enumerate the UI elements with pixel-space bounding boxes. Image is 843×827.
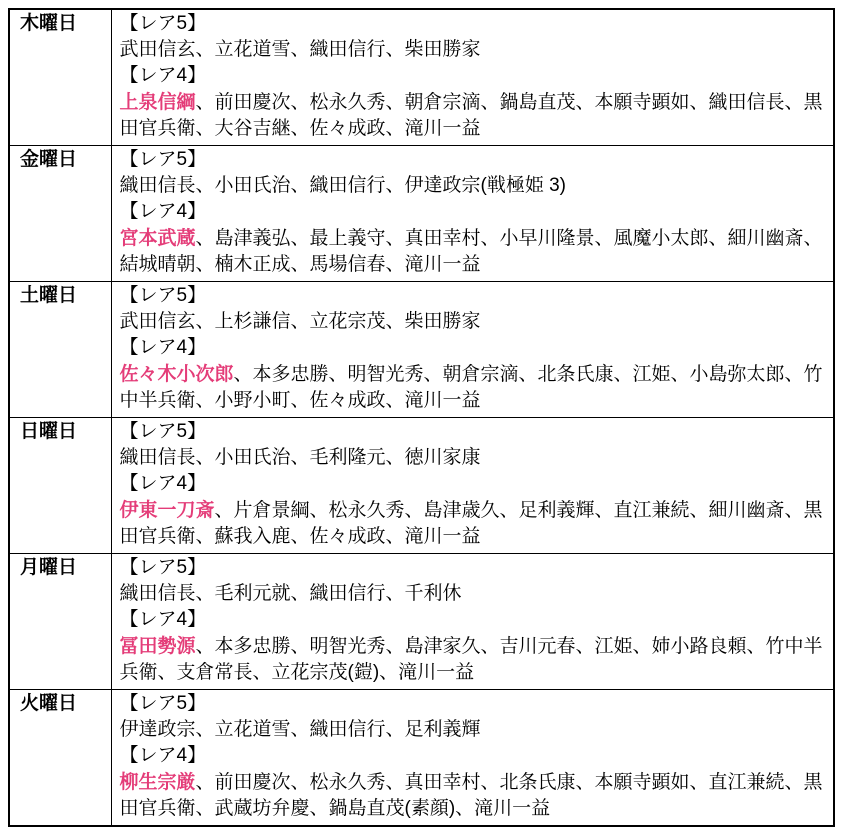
day-label: 月曜日 <box>9 554 111 690</box>
day-label: 金曜日 <box>9 146 111 282</box>
rare4-names: 宮本武蔵、島津義弘、最上義守、真田幸村、小早川隆景、風魔小太郎、細川幽斎、結城晴… <box>120 226 828 278</box>
rare4-other-names: 、島津義弘、最上義守、真田幸村、小早川隆景、風魔小太郎、細川幽斎、結城晴朝、楠木… <box>120 228 823 275</box>
rare4-names: 柳生宗厳、前田慶次、松永久秀、真田幸村、北条氏康、本願寺顕如、直江兼続、黒田官兵… <box>120 770 828 822</box>
day-label: 木曜日 <box>9 9 111 146</box>
rare5-names: 武田信玄、立花道雪、織田信行、柴田勝家 <box>120 37 828 63</box>
rare5-header: 【レア5】 <box>120 283 828 309</box>
rare5-names: 伊達政宗、立花道雪、織田信行、足利義輝 <box>120 717 828 743</box>
table-row: 火曜日 【レア5】 伊達政宗、立花道雪、織田信行、足利義輝 【レア4】 柳生宗厳… <box>9 690 834 827</box>
rare4-header: 【レア4】 <box>120 743 828 769</box>
rare4-header: 【レア4】 <box>120 63 828 89</box>
rare5-header: 【レア5】 <box>120 11 828 37</box>
table-row: 金曜日 【レア5】 織田信長、小田氏治、織田信行、伊達政宗(戦極姫 3) 【レア… <box>9 146 834 282</box>
rare4-header: 【レア4】 <box>120 335 828 361</box>
day-label: 日曜日 <box>9 418 111 554</box>
rare4-header: 【レア4】 <box>120 607 828 633</box>
day-label: 火曜日 <box>9 690 111 827</box>
rare4-names: 上泉信綱、前田慶次、松永久秀、朝倉宗滴、鍋島直茂、本願寺顕如、織田信長、黒田官兵… <box>120 90 828 142</box>
table-row: 月曜日 【レア5】 織田信長、毛利元就、織田信行、千利休 【レア4】 冨田勢源、… <box>9 554 834 690</box>
daily-rarity-schedule-table: 木曜日 【レア5】 武田信玄、立花道雪、織田信行、柴田勝家 【レア4】 上泉信綱… <box>8 8 835 827</box>
rare5-header: 【レア5】 <box>120 419 828 445</box>
rare5-names: 織田信長、毛利元就、織田信行、千利休 <box>120 581 828 607</box>
rare4-other-names: 、片倉景綱、松永久秀、島津歳久、足利義輝、直江兼続、細川幽斎、黒田官兵衛、蘇我入… <box>120 500 823 547</box>
rare4-featured-name: 伊東一刀斎 <box>120 500 215 521</box>
rare5-header: 【レア5】 <box>120 691 828 717</box>
table-row: 木曜日 【レア5】 武田信玄、立花道雪、織田信行、柴田勝家 【レア4】 上泉信綱… <box>9 9 834 146</box>
rare4-other-names: 、前田慶次、松永久秀、朝倉宗滴、鍋島直茂、本願寺顕如、織田信長、黒田官兵衛、大谷… <box>120 92 823 139</box>
rare5-header: 【レア5】 <box>120 555 828 581</box>
rare4-names: 伊東一刀斎、片倉景綱、松永久秀、島津歳久、足利義輝、直江兼続、細川幽斎、黒田官兵… <box>120 498 828 550</box>
rare5-names: 武田信玄、上杉謙信、立花宗茂、柴田勝家 <box>120 309 828 335</box>
day-label: 土曜日 <box>9 282 111 418</box>
rare5-names: 織田信長、小田氏治、毛利隆元、徳川家康 <box>120 445 828 471</box>
rare4-names: 冨田勢源、本多忠勝、明智光秀、島津家久、吉川元春、江姫、姉小路良頼、竹中半兵衛、… <box>120 634 828 686</box>
rare5-header: 【レア5】 <box>120 147 828 173</box>
rare4-names: 佐々木小次郎、本多忠勝、明智光秀、朝倉宗滴、北条氏康、江姫、小島弥太郎、竹中半兵… <box>120 362 828 414</box>
rare4-featured-name: 柳生宗厳 <box>120 772 196 793</box>
rare4-header: 【レア4】 <box>120 471 828 497</box>
rare4-other-names: 、前田慶次、松永久秀、真田幸村、北条氏康、本願寺顕如、直江兼続、黒田官兵衛、武蔵… <box>120 772 823 819</box>
table-row: 日曜日 【レア5】 織田信長、小田氏治、毛利隆元、徳川家康 【レア4】 伊東一刀… <box>9 418 834 554</box>
rare4-featured-name: 冨田勢源 <box>120 636 196 657</box>
page: 木曜日 【レア5】 武田信玄、立花道雪、織田信行、柴田勝家 【レア4】 上泉信綱… <box>0 0 843 798</box>
table-row: 土曜日 【レア5】 武田信玄、上杉謙信、立花宗茂、柴田勝家 【レア4】 佐々木小… <box>9 282 834 418</box>
rare4-featured-name: 宮本武蔵 <box>120 228 196 249</box>
rare4-header: 【レア4】 <box>120 199 828 225</box>
rare5-names: 織田信長、小田氏治、織田信行、伊達政宗(戦極姫 3) <box>120 173 828 199</box>
rare4-featured-name: 上泉信綱 <box>120 92 196 113</box>
rare4-featured-name: 佐々木小次郎 <box>120 364 234 385</box>
rare4-other-names: 、本多忠勝、明智光秀、島津家久、吉川元春、江姫、姉小路良頼、竹中半兵衛、支倉常長… <box>120 636 823 683</box>
